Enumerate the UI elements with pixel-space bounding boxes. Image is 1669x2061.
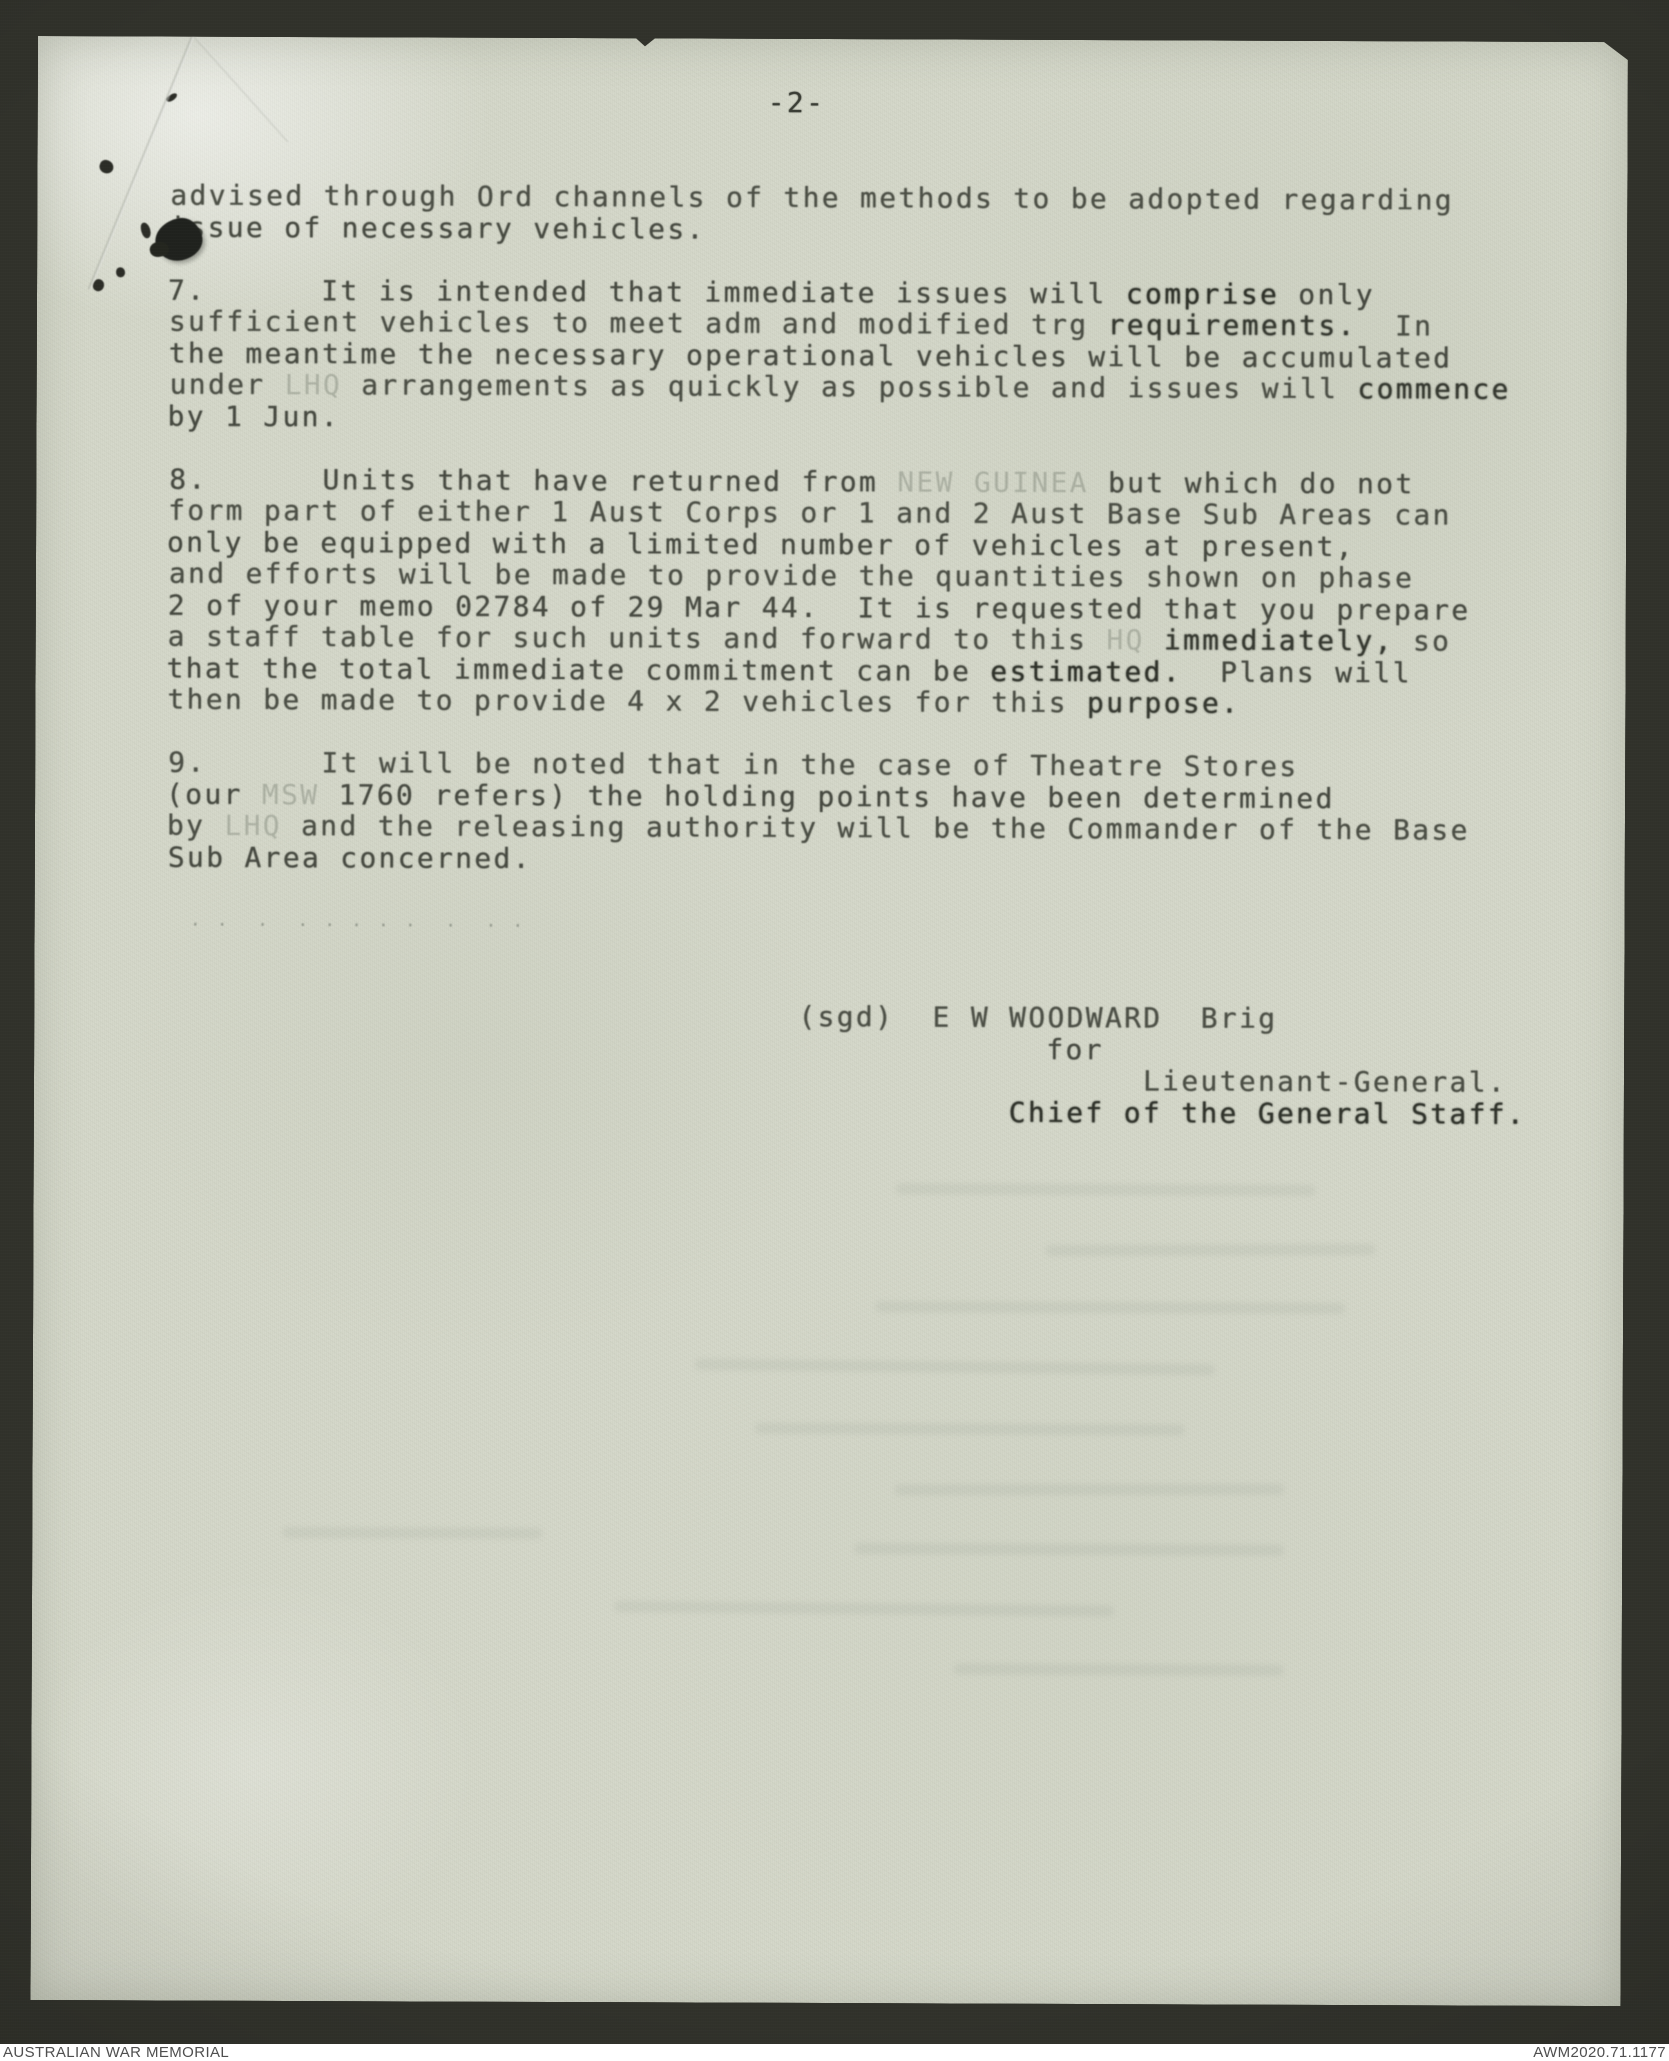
bleedthrough-smudge <box>282 1527 542 1539</box>
paper-tear-hole <box>139 222 152 240</box>
typed-line: then be made to provide 4 x 2 vehicles f… <box>167 684 1527 721</box>
bleedthrough-smudge <box>894 1484 1284 1496</box>
typed-line: Sub Area concerned. <box>168 841 1528 878</box>
page-number: -2- <box>768 86 826 119</box>
faint-dots-row: . . . . . . . . . . . <box>190 909 526 932</box>
typed-line: and efforts will be made to provide the … <box>169 558 1529 595</box>
bleedthrough-smudge <box>755 1423 1185 1436</box>
paper-tear-hole <box>116 267 125 277</box>
scan-background: -2- advised through Ord channels of the … <box>0 0 1669 2061</box>
archive-reference-number: AWM2020.71.1177 <box>1533 2044 1666 2061</box>
document-page: -2- advised through Ord channels of the … <box>30 36 1628 2006</box>
archive-name-label: AUSTRALIAN WAR MEMORIAL <box>3 2044 229 2061</box>
bleedthrough-smudge <box>875 1301 1345 1314</box>
typed-line: Chief of the General Staff. <box>166 1093 1526 1130</box>
typed-line: Lieutenant-General. <box>166 1061 1526 1098</box>
bleedthrough-smudge <box>954 1664 1284 1676</box>
typed-line: issue of necessary vehicles. <box>169 211 1529 248</box>
typed-line: sufficient vehicles to meet adm and modi… <box>169 306 1529 343</box>
archive-footer-bar: AUSTRALIAN WAR MEMORIAL AWM2020.71.1177 <box>0 2044 1669 2061</box>
bleedthrough-smudge <box>896 1183 1316 1196</box>
bleedthrough-smudge <box>854 1543 1284 1556</box>
bleedthrough-smudge <box>614 1601 1114 1617</box>
bleedthrough-smudge <box>1045 1244 1375 1256</box>
bleedthrough-smudge <box>695 1359 1215 1376</box>
typed-line: by 1 Jun. <box>167 400 1527 437</box>
typed-line: under LHQ arrangements as quickly as pos… <box>170 369 1530 406</box>
paper-crease <box>193 35 290 143</box>
typed-line <box>167 873 1527 910</box>
paper-tear-hole <box>98 158 116 175</box>
typed-lines: advised through Ord channels of the meth… <box>166 180 1530 1130</box>
typed-line <box>167 936 1527 973</box>
typed-line: advised through Ord channels of the meth… <box>170 180 1530 217</box>
